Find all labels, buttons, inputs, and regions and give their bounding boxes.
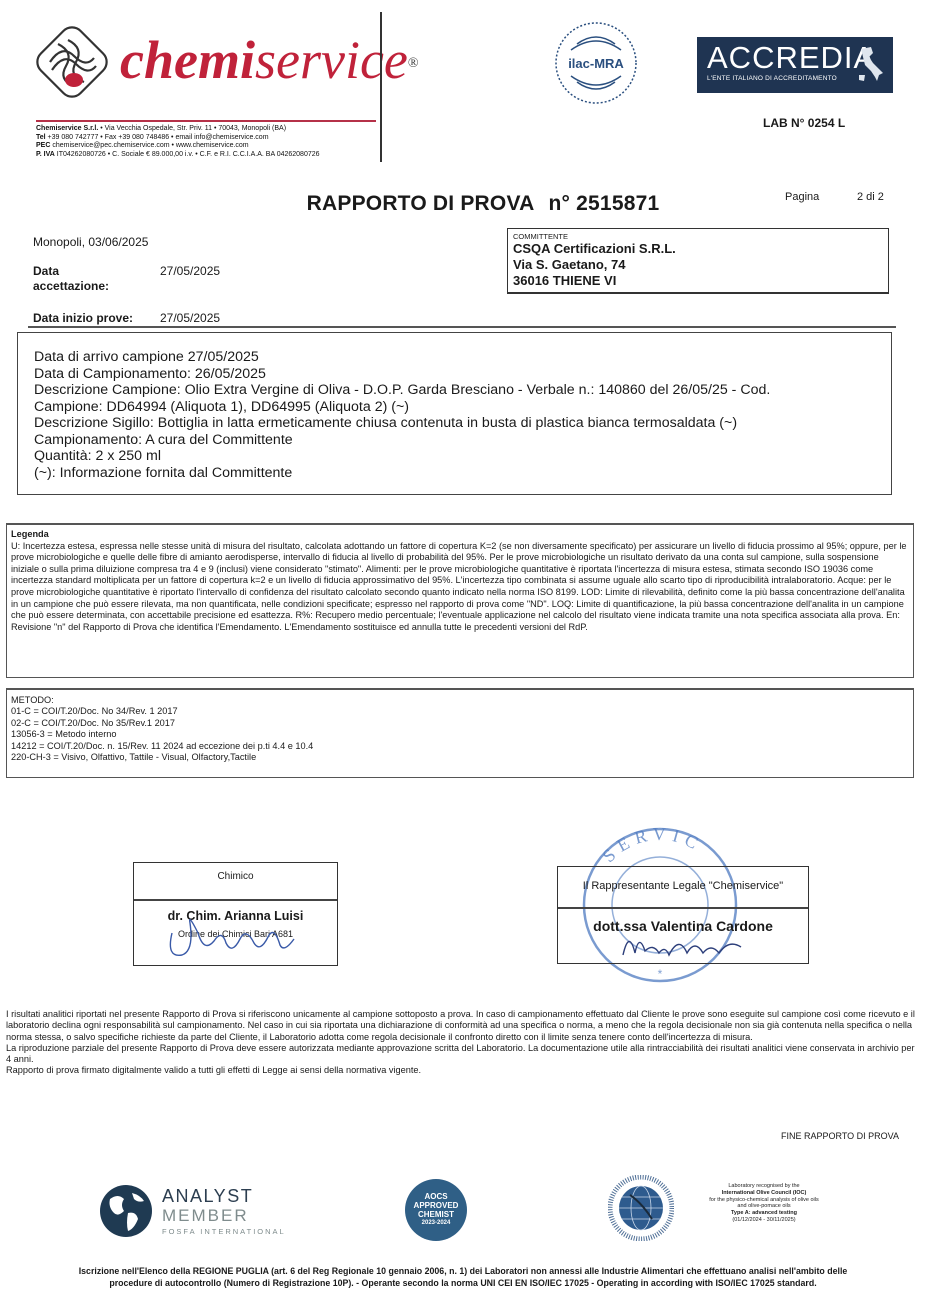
disclaimer: I risultati analitici riportati nel pres… [6,1009,918,1077]
seal-description: Descrizione Sigillo: Bottiglia in latta … [34,415,891,432]
method-item: 13056-3 = Metodo interno [11,729,909,740]
ioc-globe-logo-icon [608,1175,674,1241]
method-item: 14212 = COI/T.20/Doc. n. 15/Rev. 11 2024… [11,741,909,752]
svg-text:ilac-MRA: ilac-MRA [568,56,624,71]
legal-rep-signature-box: Il Rappresentante Legale "Chemiservice" … [557,866,809,964]
sample-info-box: Data di arrivo campione 27/05/2025 Data … [17,332,892,495]
company-info-line: Chemiservice S.r.l. • Via Vecchia Ospeda… [36,125,320,134]
header-vertical-divider [380,12,382,162]
disclaimer-paragraph: La riproduzione parziale del presente Ra… [6,1043,918,1066]
footer-registration: Iscrizione nell'Elenco della REGIONE PUG… [0,1266,926,1289]
sample-description: Descrizione Campione: Olio Extra Vergine… [34,382,891,399]
start-date: 27/05/2025 [160,311,220,325]
brand-regular: service [255,30,408,90]
place-date: Monopoli, 03/06/2025 [33,235,148,249]
chemist-name: dr. Chim. Arianna Luisi [134,909,337,923]
sample-arrival-date: Data di arrivo campione 27/05/2025 [34,349,891,366]
accredia-badge: ACCREDIA L'ENTE ITALIANO DI ACCREDITAMEN… [697,37,893,93]
italy-map-icon [857,45,885,85]
acceptance-date: 27/05/2025 [160,264,220,278]
method-item: 220-CH-3 = Visivo, Olfattivo, Tattile - … [11,752,909,763]
brand-divider [36,120,376,122]
section-divider [28,326,896,328]
globe-icon [98,1183,154,1239]
chemiservice-logo-icon [28,22,116,104]
sample-note: (~): Informazione fornita dal Committent… [34,465,891,482]
page-label: Pagina [785,191,819,203]
company-info-line: P. IVA IT04262080726 • C. Sociale € 89.0… [36,151,320,160]
page-value: 2 di 2 [857,191,884,203]
client-city: 36016 THIENE VI [513,273,883,289]
ioc-recognition-text: Laboratory recognised by the Internation… [690,1183,838,1224]
legal-rep-name: dott.ssa Valentina Cardone [558,918,808,934]
legend-box: Legenda U: Incertezza estesa, espressa n… [6,523,914,678]
registered-mark: ® [408,56,419,71]
brand-wordmark: chemiservice® [120,30,419,90]
brand-bold: chemi [120,30,255,90]
company-info-line: PEC chemiservice@pec.chemiservice.com • … [36,142,320,151]
client-name: CSQA Certificazioni S.R.L. [513,241,883,257]
company-info: Chemiservice S.r.l. • Via Vecchia Ospeda… [36,125,320,159]
end-of-report-label: FINE RAPPORTO DI PROVA [781,1131,899,1141]
client-box: COMMITTENTE CSQA Certificazioni S.R.L. V… [507,228,889,294]
legend-text: U: Incertezza estesa, espressa nelle ste… [11,541,909,634]
fosfa-line2: MEMBER [162,1207,286,1224]
legend-heading: Legenda [11,529,909,541]
disclaimer-paragraph: Rapporto di prova firmato digitalmente v… [6,1065,918,1076]
method-item: 01-C = COI/T.20/Doc. No 34/Rev. 1 2017 [11,706,909,717]
method-item: 02-C = COI/T.20/Doc. No 35/Rev.1 2017 [11,718,909,729]
company-info-line: Tel +39 080 742777 • Fax +39 080 748486 … [36,134,320,143]
sample-quantity: Quantità: 2 x 250 ml [34,448,891,465]
fosfa-line3: FOSFA INTERNATIONAL [162,1228,286,1236]
chemist-signature-box: Chimico dr. Chim. Arianna Luisi Ordine d… [133,862,338,966]
fosfa-badge: ANALYST MEMBER FOSFA INTERNATIONAL [162,1187,286,1236]
svg-text:*: * [658,967,663,981]
legal-rep-role: Il Rappresentante Legale "Chemiservice" [558,867,808,909]
report-number: n° 2515871 [549,192,660,216]
sampling-by: Campionamento: A cura del Committente [34,432,891,449]
method-box: METODO: 01-C = COI/T.20/Doc. No 34/Rev. … [6,688,914,778]
fosfa-line1: ANALYST [162,1187,286,1205]
lab-number: LAB N° 0254 L [763,116,845,130]
acceptance-label: Data accettazione: [33,264,123,294]
sampling-date: Data di Campionamento: 26/05/2025 [34,366,891,383]
chemist-order: Ordine dei Chimici Bari A681 [134,929,337,939]
sample-codes: Campione: DD64994 (Aliquota 1), DD64995 … [34,399,891,416]
ilac-mra-logo-icon: ilac-MRA [553,20,639,106]
chemist-role: Chimico [134,863,337,901]
method-heading: METODO: [11,695,909,706]
disclaimer-paragraph: I risultati analitici riportati nel pres… [6,1009,918,1043]
aocs-badge: AOCS APPROVED CHEMIST 2023-2024 [405,1179,467,1241]
accredia-subtitle: L'ENTE ITALIANO DI ACCREDITAMENTO [707,75,837,82]
accredia-title: ACCREDIA [707,41,875,75]
client-caption: COMMITTENTE [513,232,883,241]
start-label: Data inizio prove: [33,311,133,325]
client-address: Via S. Gaetano, 74 [513,257,883,273]
